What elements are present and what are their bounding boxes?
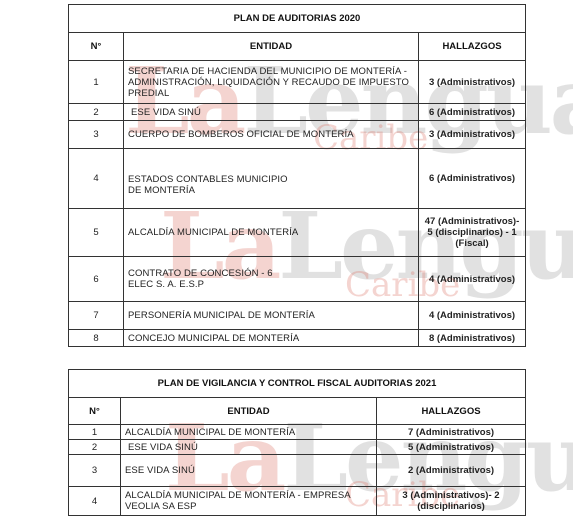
row-findings: 8 (Administrativos) bbox=[419, 330, 526, 347]
row-entity: ALCALDÍA MUNICIPAL DE MONTERÍA - EMPRESA… bbox=[121, 487, 377, 516]
table-row: 7 PERSONERÍA MUNICIPAL DE MONTERÍA 4 (Ad… bbox=[69, 302, 526, 330]
row-number: 2 bbox=[69, 440, 121, 455]
row-entity-text: ESTADOS CONTABLES MUNICIPIO DE MONTERÍA bbox=[128, 162, 298, 196]
row-findings: 7 (Administrativos) bbox=[377, 425, 526, 440]
row-findings: 2 (Administrativos) bbox=[377, 455, 526, 487]
row-findings: 6 (Administrativos) bbox=[419, 104, 526, 121]
row-number: 4 bbox=[69, 149, 124, 209]
row-number: 3 bbox=[69, 455, 121, 487]
column-header-num: N° bbox=[69, 33, 124, 61]
row-entity: ALCALDÍA MUNICIPAL DE MONTERÍA bbox=[124, 209, 419, 257]
row-findings: 4 (Administrativos) bbox=[419, 257, 526, 302]
row-findings: 3 (Administrativos) bbox=[419, 121, 526, 149]
table-row: 2 ESE VIDA SINÚ 5 (Administrativos) bbox=[69, 440, 526, 455]
row-entity: CONCEJO MUNICIPAL DE MONTERÍA bbox=[124, 330, 419, 347]
row-entity: ESE VIDA SINÚ bbox=[124, 104, 419, 121]
row-number: 3 bbox=[69, 121, 124, 149]
column-header-findings: HALLAZGOS bbox=[419, 33, 526, 61]
row-entity: ESE VIDA SINÚ bbox=[121, 440, 377, 455]
row-number: 2 bbox=[69, 104, 124, 121]
row-number: 1 bbox=[69, 425, 121, 440]
row-findings-text: 3 (Administrativos)- 2 (disciplinarios) bbox=[396, 490, 506, 512]
column-header-findings: HALLAZGOS bbox=[377, 398, 526, 425]
audit-plan-2020-table: PLAN DE AUDITORIAS 2020 N° ENTIDAD HALLA… bbox=[68, 4, 526, 347]
table-row: 4 ESTADOS CONTABLES MUNICIPIO DE MONTERÍ… bbox=[69, 149, 526, 209]
table-row: 2 ESE VIDA SINÚ 6 (Administrativos) bbox=[69, 104, 526, 121]
table-row: 4 ALCALDÍA MUNICIPAL DE MONTERÍA - EMPRE… bbox=[69, 487, 526, 516]
row-number: 8 bbox=[69, 330, 124, 347]
column-header-entity: ENTIDAD bbox=[124, 33, 419, 61]
row-entity: PERSONERÍA MUNICIPAL DE MONTERÍA bbox=[124, 302, 419, 330]
row-number: 7 bbox=[69, 302, 124, 330]
table-row: 5 ALCALDÍA MUNICIPAL DE MONTERÍA 47 (Adm… bbox=[69, 209, 526, 257]
row-entity: SECRETARIA DE HACIENDA DEL MUNICIPIO DE … bbox=[124, 61, 419, 104]
row-findings: 3 (Administrativos) bbox=[419, 61, 526, 104]
column-header-num: N° bbox=[69, 398, 121, 425]
row-entity: ESE VIDA SINÚ bbox=[121, 455, 377, 487]
row-findings: 3 (Administrativos)- 2 (disciplinarios) bbox=[377, 487, 526, 516]
row-entity: CONTRATO DE CONCESIÓN - 6 ELEC S. A. E.S… bbox=[124, 257, 419, 302]
audit-plan-2021-table: PLAN DE VIGILANCIA Y CONTROL FISCAL AUDI… bbox=[68, 369, 526, 516]
table-row: 3 CUERPO DE BOMBEROS OFICIAL DE MONTERÍA… bbox=[69, 121, 526, 149]
table-row: 6 CONTRATO DE CONCESIÓN - 6 ELEC S. A. E… bbox=[69, 257, 526, 302]
row-entity-text: CONTRATO DE CONCESIÓN - 6 ELEC S. A. E.S… bbox=[128, 268, 278, 290]
row-findings: 5 (Administrativos) bbox=[377, 440, 526, 455]
row-findings: 6 (Administrativos) bbox=[419, 149, 526, 209]
row-entity: ALCALDÍA MUNICIPAL DE MONTERÍA bbox=[121, 425, 377, 440]
row-number: 4 bbox=[69, 487, 121, 516]
table-title: PLAN DE AUDITORIAS 2020 bbox=[69, 5, 526, 33]
row-entity: CUERPO DE BOMBEROS OFICIAL DE MONTERÍA bbox=[124, 121, 419, 149]
table-row: 1 ALCALDÍA MUNICIPAL DE MONTERÍA 7 (Admi… bbox=[69, 425, 526, 440]
row-number: 1 bbox=[69, 61, 124, 104]
row-findings: 4 (Administrativos) bbox=[419, 302, 526, 330]
row-number: 5 bbox=[69, 209, 124, 257]
row-number: 6 bbox=[69, 257, 124, 302]
table-row: 8 CONCEJO MUNICIPAL DE MONTERÍA 8 (Admin… bbox=[69, 330, 526, 347]
table-row: 1 SECRETARIA DE HACIENDA DEL MUNICIPIO D… bbox=[69, 61, 526, 104]
table-title: PLAN DE VIGILANCIA Y CONTROL FISCAL AUDI… bbox=[69, 370, 526, 398]
row-findings: 47 (Administrativos)- 5 (disciplinarios)… bbox=[419, 209, 526, 257]
column-header-entity: ENTIDAD bbox=[121, 398, 377, 425]
table-row: 3 ESE VIDA SINÚ 2 (Administrativos) bbox=[69, 455, 526, 487]
row-entity: ESTADOS CONTABLES MUNICIPIO DE MONTERÍA bbox=[124, 149, 419, 209]
